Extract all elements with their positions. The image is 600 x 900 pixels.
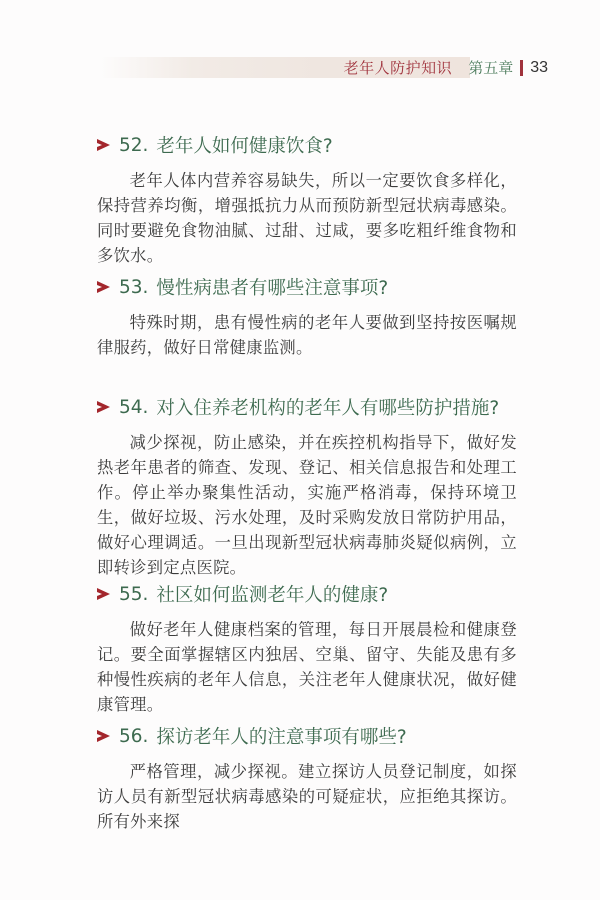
arrow-bullet-icon [97, 401, 110, 413]
question-text: 慢性病患者有哪些注意事项? [156, 274, 388, 300]
question-text: 对入住养老机构的老年人有哪些防护措施? [156, 394, 499, 420]
answer-paragraph: 特殊时期，患有慢性病的老年人要做到坚持按医嘱规律服药，做好日常健康监测。 [97, 310, 517, 360]
question-number: 52. [119, 135, 148, 156]
question-heading: 56. 探访老年人的注意事项有哪些? [97, 723, 517, 749]
arrow-bullet-icon [97, 730, 110, 742]
arrow-bullet-icon [97, 588, 110, 600]
chapter-label: 第五章 [468, 57, 513, 78]
answer-paragraph: 减少探视，防止感染，并在疾控机构指导下，做好发热老年患者的筛查、发现、登记、相关… [97, 430, 517, 580]
answer-paragraph: 老年人体内营养容易缺失，所以一定要饮食多样化，保持营养均衡，增强抵抗力从而预防新… [97, 168, 517, 268]
arrow-bullet-icon [97, 281, 110, 293]
header-separator [520, 60, 523, 76]
section-56: 56. 探访老年人的注意事项有哪些? 严格管理，减少探视。建立探访人员登记制度，… [97, 723, 517, 834]
answer-paragraph: 做好老年人健康档案的管理，每日开展晨检和健康登记。要全面掌握辖区内独居、空巢、留… [97, 617, 517, 717]
question-number: 53. [119, 277, 148, 298]
question-text: 探访老年人的注意事项有哪些? [156, 723, 406, 749]
running-header: 老年人防护知识 第五章 33 [344, 57, 548, 78]
question-text: 社区如何监测老年人的健康? [156, 581, 388, 607]
question-heading: 52. 老年人如何健康饮食? [97, 132, 517, 158]
question-heading: 53. 慢性病患者有哪些注意事项? [97, 274, 517, 300]
question-text: 老年人如何健康饮食? [156, 132, 332, 158]
book-title: 老年人防护知识 [344, 57, 453, 78]
question-number: 55. [119, 584, 148, 605]
question-number: 54. [119, 397, 148, 418]
answer-paragraph: 严格管理，减少探视。建立探访人员登记制度，如探访人员有新型冠状病毒感染的可疑症状… [97, 759, 517, 834]
question-number: 56. [119, 726, 148, 747]
question-heading: 54. 对入住养老机构的老年人有哪些防护措施? [97, 394, 517, 420]
section-55: 55. 社区如何监测老年人的健康? 做好老年人健康档案的管理，每日开展晨检和健康… [97, 581, 517, 717]
section-52: 52. 老年人如何健康饮食? 老年人体内营养容易缺失，所以一定要饮食多样化，保持… [97, 132, 517, 268]
section-54: 54. 对入住养老机构的老年人有哪些防护措施? 减少探视，防止感染，并在疾控机构… [97, 394, 517, 580]
section-53: 53. 慢性病患者有哪些注意事项? 特殊时期，患有慢性病的老年人要做到坚持按医嘱… [97, 274, 517, 360]
arrow-bullet-icon [97, 139, 110, 151]
page-number: 33 [530, 59, 548, 77]
question-heading: 55. 社区如何监测老年人的健康? [97, 581, 517, 607]
